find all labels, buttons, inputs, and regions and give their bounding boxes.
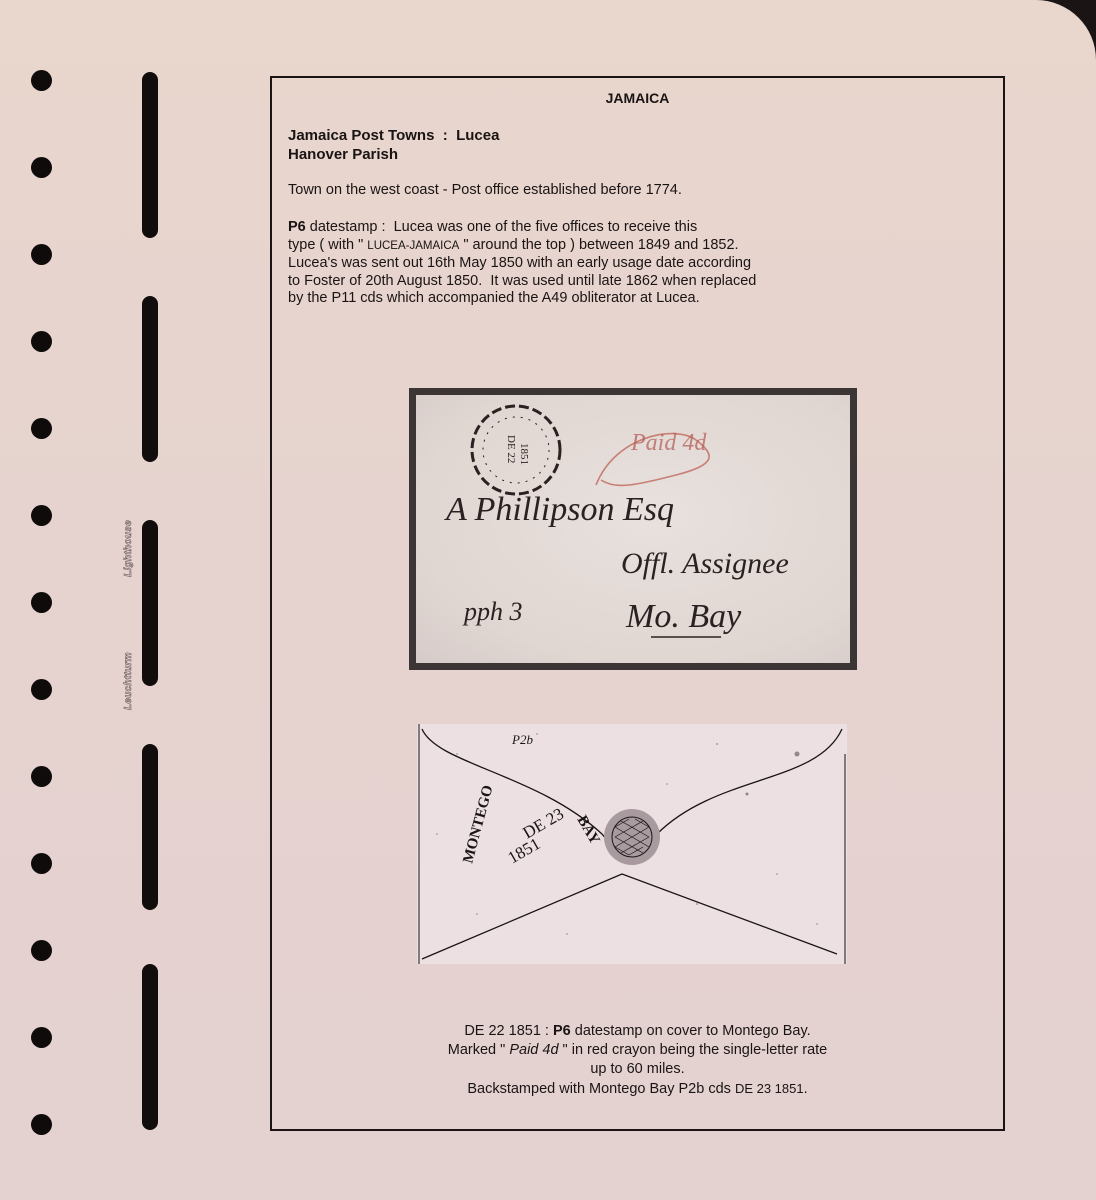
text: type ( with " bbox=[288, 237, 367, 253]
binder-hole bbox=[31, 331, 52, 352]
wax-seal-icon bbox=[604, 809, 660, 865]
binder-hole bbox=[31, 505, 52, 526]
svg-text:Mo. Bay: Mo. Bay bbox=[625, 598, 742, 635]
text: up to 60 miles. bbox=[272, 1060, 1003, 1079]
text: datestamp on cover to Montego Bay. bbox=[571, 1023, 811, 1039]
cover-back-image: P2b DE 23 1851 MONTEGO BAY bbox=[417, 724, 847, 964]
svg-text:BAY: BAY bbox=[574, 813, 603, 847]
binder-hole bbox=[31, 244, 52, 265]
binder-hole bbox=[31, 940, 52, 961]
text: " in red crayon being the single-letter … bbox=[559, 1042, 828, 1058]
text: Backstamped with Montego Bay P2b cds bbox=[467, 1081, 735, 1097]
text: to Foster of 20th August 1850. It was us… bbox=[288, 273, 848, 291]
brand-text: Lighthouse bbox=[123, 520, 134, 577]
binder-slot bbox=[142, 964, 158, 1130]
italic-text: Paid 4d bbox=[509, 1042, 558, 1058]
section-heading: Jamaica Post Towns : Lucea Hanover Paris… bbox=[288, 126, 499, 164]
svg-text:1851: 1851 bbox=[518, 443, 530, 465]
text: Lucea's was sent out 16th May 1850 with … bbox=[288, 255, 848, 273]
cover-back-drawing: P2b DE 23 1851 MONTEGO BAY bbox=[417, 724, 847, 964]
heading-town: Jamaica Post Towns : Lucea bbox=[288, 126, 499, 145]
text: Marked " bbox=[448, 1042, 510, 1058]
description-text: P6 datestamp : Lucea was one of the five… bbox=[288, 219, 848, 308]
bold-label: P6 bbox=[553, 1023, 571, 1039]
binder-hole bbox=[31, 1114, 52, 1135]
backstamp-icon: P2b DE 23 1851 MONTEGO BAY bbox=[460, 732, 602, 867]
text: DE 22 1851 : bbox=[464, 1023, 553, 1039]
text: by the P11 cds which accompanied the A49… bbox=[288, 290, 848, 308]
binder-slot bbox=[142, 520, 158, 686]
binder-hole bbox=[31, 592, 52, 613]
binder-slot bbox=[142, 72, 158, 238]
svg-text:DE 23: DE 23 bbox=[520, 804, 568, 842]
intro-text: Town on the west coast - Post office est… bbox=[288, 182, 682, 200]
text: datestamp : Lucea was one of the five of… bbox=[306, 219, 697, 235]
cover-front-drawing: DE 22 1851 Paid 4d A Phillipson Esq Offl… bbox=[416, 395, 850, 663]
small-text: DE 23 1851 bbox=[735, 1081, 804, 1096]
svg-text:DE 22: DE 22 bbox=[505, 435, 517, 463]
svg-text:A Phillipson Esq: A Phillipson Esq bbox=[444, 491, 674, 528]
text: . bbox=[804, 1081, 808, 1097]
binder-hole bbox=[31, 679, 52, 700]
binder-hole bbox=[31, 70, 52, 91]
page-title: JAMAICA bbox=[272, 90, 1003, 106]
page-frame: JAMAICA Jamaica Post Towns : Lucea Hanov… bbox=[270, 76, 1005, 1131]
album-page: Lighthouse Leuchtturm JAMAICA Jamaica Po… bbox=[0, 0, 1096, 1200]
brand-text: Leuchtturm bbox=[123, 652, 134, 710]
binder-hole bbox=[31, 766, 52, 787]
cover-front-image: DE 22 1851 Paid 4d A Phillipson Esq Offl… bbox=[409, 388, 857, 670]
binder-slot bbox=[142, 296, 158, 462]
svg-text:MONTEGO: MONTEGO bbox=[460, 784, 496, 865]
brand-watermark: Lighthouse Leuchtturm bbox=[118, 520, 138, 710]
binder-slot bbox=[142, 744, 158, 910]
svg-text:1851: 1851 bbox=[505, 834, 544, 867]
binder-hole bbox=[31, 418, 52, 439]
svg-text:pph 3: pph 3 bbox=[462, 597, 523, 626]
text: " around the top ) between 1849 and 1852… bbox=[459, 237, 738, 253]
bold-label: P6 bbox=[288, 219, 306, 235]
binder-hole bbox=[31, 853, 52, 874]
smallcaps-text: LUCEA-JAMAICA bbox=[367, 240, 459, 252]
binder-hole bbox=[31, 1027, 52, 1048]
svg-text:Offl. Assignee: Offl. Assignee bbox=[621, 547, 789, 580]
binder-hole bbox=[31, 157, 52, 178]
svg-text:P2b: P2b bbox=[511, 732, 533, 747]
heading-parish: Hanover Parish bbox=[288, 145, 499, 164]
svg-text:Paid 4d: Paid 4d bbox=[630, 430, 707, 456]
cover-caption: DE 22 1851 : P6 datestamp on cover to Mo… bbox=[272, 1022, 1003, 1099]
